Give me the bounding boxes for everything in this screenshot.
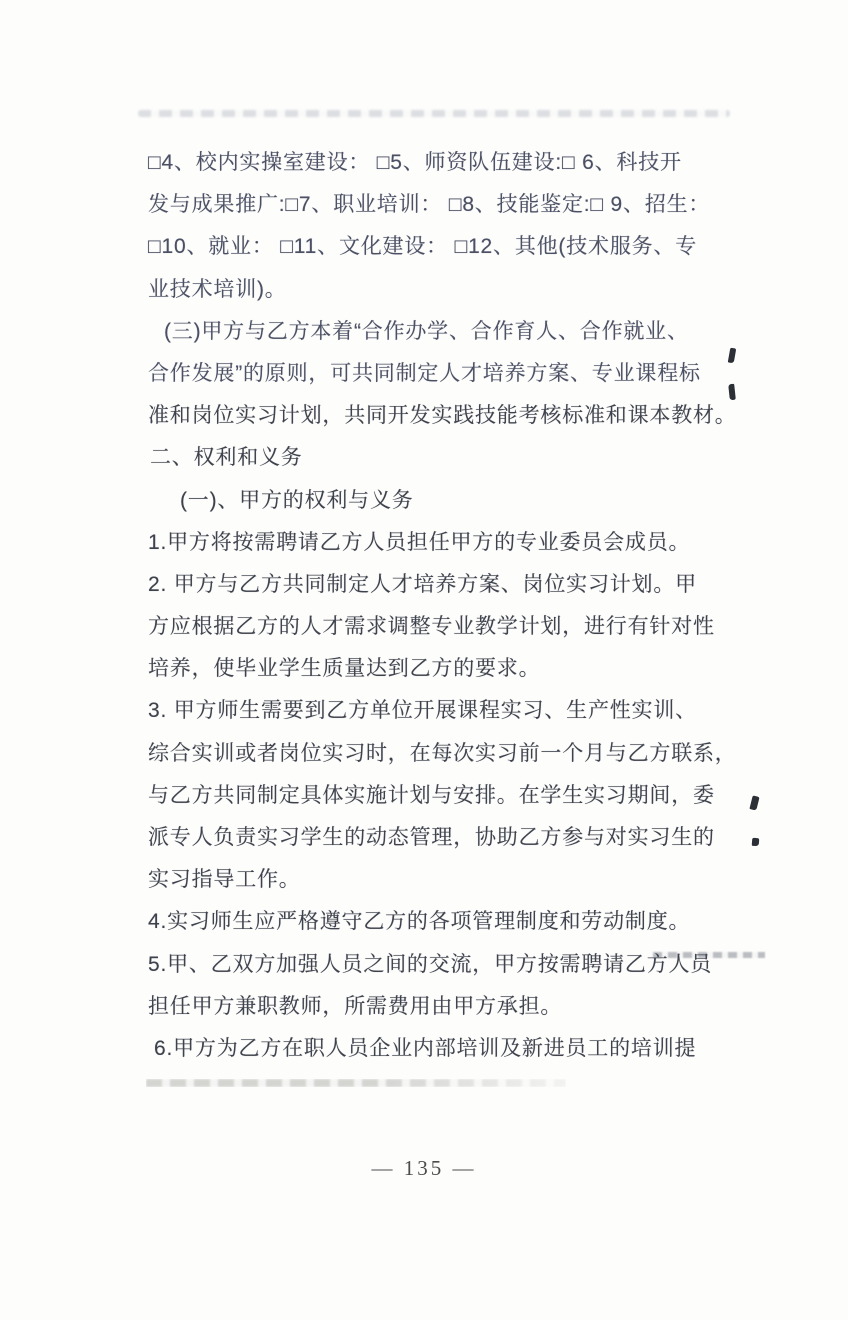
document-line: (三)甲方与乙方本着“合作办学、合作育人、合作就业、: [148, 311, 748, 353]
document-line: □4、校内实操室建设： □5、师资队伍建设:□ 6、科技开: [148, 142, 748, 184]
scan-smudge-top: [138, 110, 730, 117]
document-line: 发与成果推广:□7、职业培训： □8、技能鉴定:□ 9、招生：: [148, 184, 748, 226]
document-line: 担任甲方兼职教师，所需费用由甲方承担。: [148, 986, 748, 1028]
document-line: 实习指导工作。: [148, 859, 748, 901]
document-line: 5.甲、乙双方加强人员之间的交流，甲方按需聘请乙方人员: [148, 944, 748, 986]
document-line: 方应根据乙方的人才需求调整专业教学计划，进行有针对性: [148, 606, 748, 648]
document-line: 与乙方共同制定具体实施计划与安排。在学生实习期间，委: [148, 775, 748, 817]
document-line: 6.甲方为乙方在职人员企业内部培训及新进员工的培训提: [148, 1028, 748, 1070]
contract-text-block: □4、校内实操室建设： □5、师资队伍建设:□ 6、科技开发与成果推广:□7、职…: [148, 142, 748, 1070]
ink-speck: [749, 795, 759, 810]
document-line: 合作发展”的原则，可共同制定人才培养方案、专业课程标: [148, 353, 748, 395]
document-line: 派专人负责实习学生的动态管理，协助乙方参与对实习生的: [148, 817, 748, 859]
ink-speck: [752, 838, 760, 846]
document-line: 业技术培训)。: [148, 269, 748, 311]
document-line: 2. 甲方与乙方共同制定人才培养方案、岗位实习计划。甲: [148, 564, 748, 606]
page-number: — 135 —: [0, 1156, 848, 1181]
document-line: □10、就业： □11、文化建设： □12、其他(技术服务、专: [148, 226, 748, 268]
scan-smudge-bottom: [146, 1079, 566, 1087]
document-line: 准和岗位实习计划，共同开发实践技能考核标准和课本教材。: [148, 395, 748, 437]
document-line: 3. 甲方师生需要到乙方单位开展课程实习、生产性实训、: [148, 690, 748, 732]
document-line: (一)、甲方的权利与义务: [148, 480, 748, 522]
document-line: 二、权利和义务: [148, 437, 748, 479]
scanned-contract-page: □4、校内实操室建设： □5、师资队伍建设:□ 6、科技开发与成果推广:□7、职…: [0, 0, 848, 1320]
document-line: 1.甲方将按需聘请乙方人员担任甲方的专业委员会成员。: [148, 522, 748, 564]
document-line: 4.实习师生应严格遵守乙方的各项管理制度和劳动制度。: [148, 901, 748, 943]
document-line: 综合实训或者岗位实习时，在每次实习前一个月与乙方联系，: [148, 733, 748, 775]
document-line: 培养，使毕业学生质量达到乙方的要求。: [148, 648, 748, 690]
